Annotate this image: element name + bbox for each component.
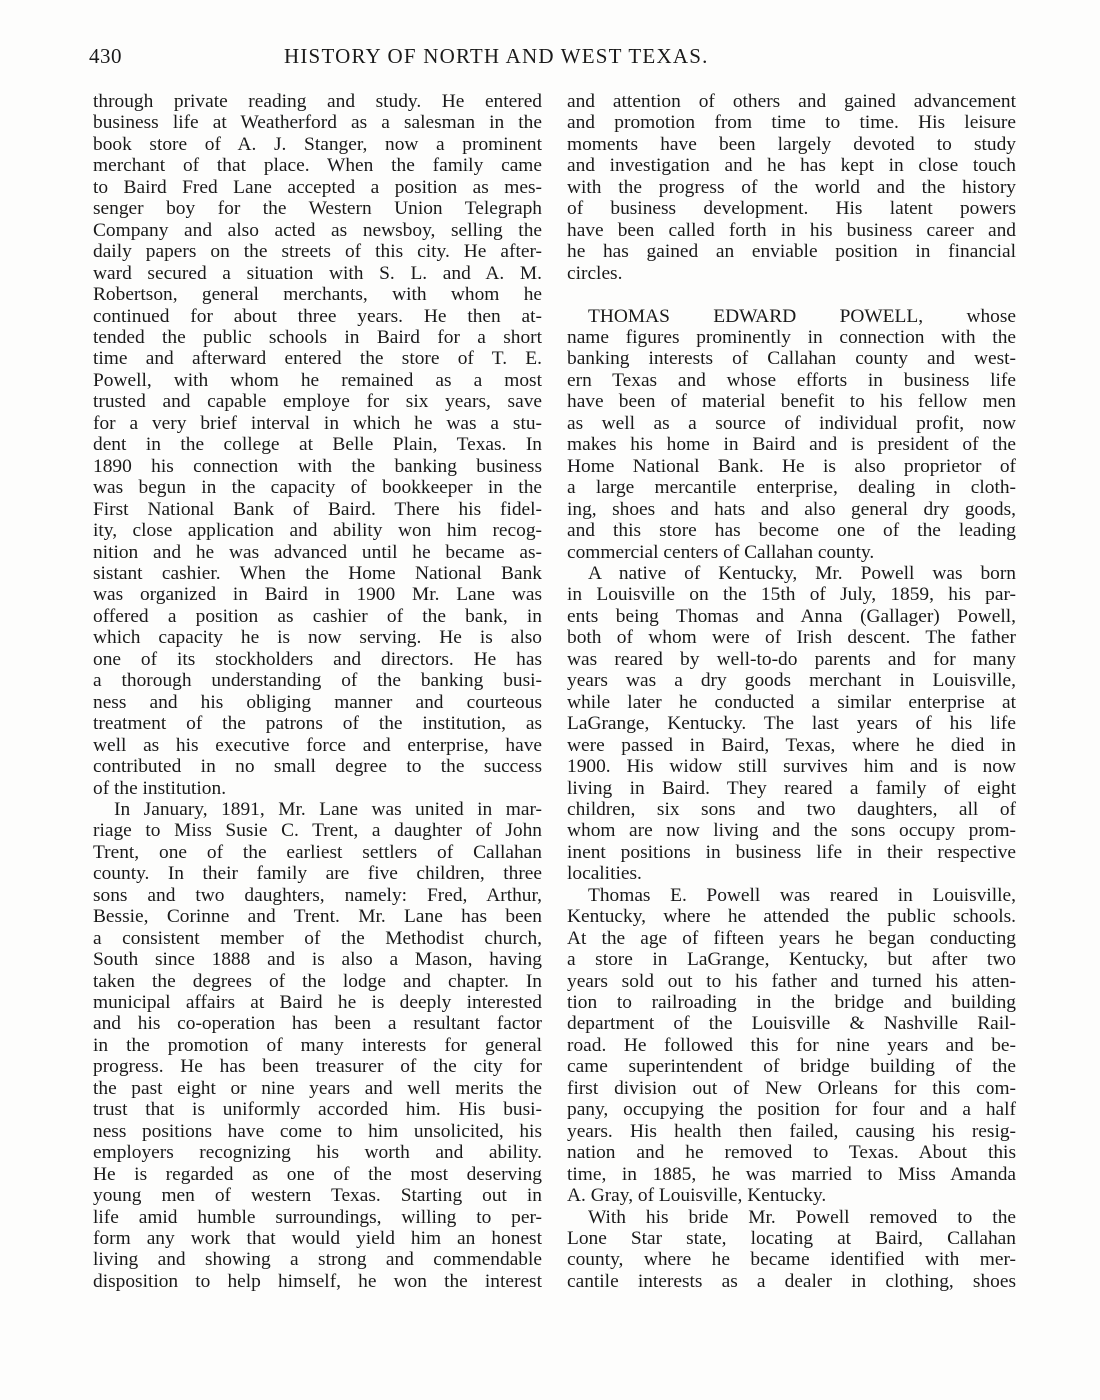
text-line: localities. bbox=[567, 863, 1016, 884]
text-line: senger boy for the Western Union Telegra… bbox=[93, 198, 542, 219]
text-line: continued for about three years. He then… bbox=[93, 306, 542, 327]
text-line: living and showing a strong and commenda… bbox=[93, 1249, 542, 1270]
text-line: He is regarded as one of the most deserv… bbox=[93, 1164, 542, 1185]
text-line: South since 1888 and is also a Mason, ha… bbox=[93, 949, 542, 970]
text-line: in Louisville on the 15th of July, 1859,… bbox=[567, 584, 1016, 605]
text-line: treatment of the patrons of the institut… bbox=[93, 713, 542, 734]
text-line: and attention of others and gained advan… bbox=[567, 91, 1016, 112]
text-line: 1900. His widow still survives him and i… bbox=[567, 756, 1016, 777]
text-line: with the progress of the world and the h… bbox=[567, 177, 1016, 198]
text-line: cantile interests as a dealer in clothin… bbox=[567, 1271, 1016, 1292]
text-line: tended the public schools in Baird for a… bbox=[93, 327, 542, 348]
text-line: merchant of that place. When the family … bbox=[93, 155, 542, 176]
text-line: was organized in Baird in 1900 Mr. Lane … bbox=[93, 584, 542, 605]
text-line: ward secured a situation with S. L. and … bbox=[93, 263, 542, 284]
text-line: he has gained an enviable position in fi… bbox=[567, 241, 1016, 262]
text-line: trust that is uniformly accorded him. Hi… bbox=[93, 1099, 542, 1120]
text-line: county. In their family are five childre… bbox=[93, 863, 542, 884]
text-line: years sold out to his father and turned … bbox=[567, 971, 1016, 992]
text-line: form any work that would yield him an ho… bbox=[93, 1228, 542, 1249]
text-line: circles. bbox=[567, 263, 1016, 284]
text-line: for a very brief interval in which he wa… bbox=[93, 413, 542, 434]
text-line: THOMAS EDWARD POWELL, whose bbox=[567, 306, 1016, 327]
text-line: taken the degrees of the lodge and chapt… bbox=[93, 971, 542, 992]
text-line: and his co-operation has been a resultan… bbox=[93, 1013, 542, 1034]
text-line: of business development. His latent powe… bbox=[567, 198, 1016, 219]
text-line: the past eight or nine years and well me… bbox=[93, 1078, 542, 1099]
text-line: which capacity he is now serving. He is … bbox=[93, 627, 542, 648]
text-line: time, in 1885, he was married to Miss Am… bbox=[567, 1164, 1016, 1185]
text-line: In January, 1891, Mr. Lane was united in… bbox=[93, 799, 542, 820]
text-line: ness positions have come to him unsolici… bbox=[93, 1121, 542, 1142]
text-line: offered a position as cashier of the ban… bbox=[93, 606, 542, 627]
text-line: trusted and capable employe for six year… bbox=[93, 391, 542, 412]
text-line: municipal affairs at Baird he is deeply … bbox=[93, 992, 542, 1013]
text-line: a consistent member of the Methodist chu… bbox=[93, 928, 542, 949]
running-title: HISTORY OF NORTH AND WEST TEXAS. bbox=[284, 44, 709, 69]
text-line: commercial centers of Callahan county. bbox=[567, 542, 1016, 563]
text-line: Lone Star state, locating at Baird, Call… bbox=[567, 1228, 1016, 1249]
text-line: life amid humble surroundings, willing t… bbox=[93, 1207, 542, 1228]
text-line: road. He followed this for nine years an… bbox=[567, 1035, 1016, 1056]
text-line: A. Gray, of Louisville, Kentucky. bbox=[567, 1185, 1016, 1206]
text-line: came superintendent of bridge building o… bbox=[567, 1056, 1016, 1077]
text-line: a large mercantile enterprise, dealing i… bbox=[567, 477, 1016, 498]
text-line: moments have been largely devoted to stu… bbox=[567, 134, 1016, 155]
text-line: county, where he became identified with … bbox=[567, 1249, 1016, 1270]
text-line: dent in the college at Belle Plain, Texa… bbox=[93, 434, 542, 455]
paragraph-gap bbox=[567, 284, 1016, 305]
text-line: have been called forth in his business c… bbox=[567, 220, 1016, 241]
text-line: well as his executive force and enterpri… bbox=[93, 735, 542, 756]
text-line: sistant cashier. When the Home National … bbox=[93, 563, 542, 584]
text-line: to Baird Fred Lane accepted a position a… bbox=[93, 177, 542, 198]
left-column: through private reading and study. He en… bbox=[93, 91, 542, 1292]
text-line: was reared by well-to-do parents and for… bbox=[567, 649, 1016, 670]
right-column: and attention of others and gained advan… bbox=[567, 91, 1016, 1292]
text-line: Thomas E. Powell was reared in Louisvill… bbox=[567, 885, 1016, 906]
text-line: inent positions in business life in thei… bbox=[567, 842, 1016, 863]
text-line: time and afterward entered the store of … bbox=[93, 348, 542, 369]
text-line: department of the Louisville & Nashville… bbox=[567, 1013, 1016, 1034]
text-line: name figures prominently in connection w… bbox=[567, 327, 1016, 348]
text-line: Powell, with whom he remained as a most bbox=[93, 370, 542, 391]
text-line: business life at Weatherford as a salesm… bbox=[93, 112, 542, 133]
text-line: have been of material benefit to his fel… bbox=[567, 391, 1016, 412]
text-line: Company and also acted as newsboy, selli… bbox=[93, 220, 542, 241]
text-line: were passed in Baird, Texas, where he di… bbox=[567, 735, 1016, 756]
text-line: banking interests of Callahan county and… bbox=[567, 348, 1016, 369]
text-line: and promotion from time to time. His lei… bbox=[567, 112, 1016, 133]
text-line: ness and his obliging manner and courteo… bbox=[93, 692, 542, 713]
text-line: First National Bank of Baird. There his … bbox=[93, 499, 542, 520]
text-line: book store of A. J. Stanger, now a promi… bbox=[93, 134, 542, 155]
text-line: young men of western Texas. Starting out… bbox=[93, 1185, 542, 1206]
text-line: tion to railroading in the bridge and bu… bbox=[567, 992, 1016, 1013]
text-line: employers recognizing his worth and abil… bbox=[93, 1142, 542, 1163]
page-number: 430 bbox=[89, 44, 122, 69]
text-line: LaGrange, Kentucky. The last years of hi… bbox=[567, 713, 1016, 734]
text-line: 1890 his connection with the banking bus… bbox=[93, 456, 542, 477]
text-line: through private reading and study. He en… bbox=[93, 91, 542, 112]
text-line: a store in LaGrange, Kentucky, but after… bbox=[567, 949, 1016, 970]
text-line: Bessie, Corinne and Trent. Mr. Lane has … bbox=[93, 906, 542, 927]
text-line: At the age of fifteen years he began con… bbox=[567, 928, 1016, 949]
text-line: in the promotion of many interests for g… bbox=[93, 1035, 542, 1056]
text-line: was begun in the capacity of bookkeeper … bbox=[93, 477, 542, 498]
text-line: sons and two daughters, namely: Fred, Ar… bbox=[93, 885, 542, 906]
text-line: as well as a source of individual profit… bbox=[567, 413, 1016, 434]
text-line: a thorough understanding of the banking … bbox=[93, 670, 542, 691]
text-line: nation and he removed to Texas. About th… bbox=[567, 1142, 1016, 1163]
text-line: daily papers on the streets of this city… bbox=[93, 241, 542, 262]
text-line: disposition to help himself, he won the … bbox=[93, 1271, 542, 1292]
text-line: ing, shoes and hats and also general dry… bbox=[567, 499, 1016, 520]
text-line: first division out of New Orleans for th… bbox=[567, 1078, 1016, 1099]
text-line: Trent, one of the earliest settlers of C… bbox=[93, 842, 542, 863]
text-line: progress. He has been treasurer of the c… bbox=[93, 1056, 542, 1077]
text-line: ity, close application and ability won h… bbox=[93, 520, 542, 541]
text-line: ents being Thomas and Anna (Gallager) Po… bbox=[567, 606, 1016, 627]
text-line: and investigation and he has kept in clo… bbox=[567, 155, 1016, 176]
text-line: Kentucky, where he attended the public s… bbox=[567, 906, 1016, 927]
text-line: years. His health then failed, causing h… bbox=[567, 1121, 1016, 1142]
text-line: pany, occupying the position for four an… bbox=[567, 1099, 1016, 1120]
text-line: one of its stockholders and directors. H… bbox=[93, 649, 542, 670]
text-line: With his bride Mr. Powell removed to the bbox=[567, 1207, 1016, 1228]
text-line: contributed in no small degree to the su… bbox=[93, 756, 542, 777]
text-line: nition and he was advanced until he beca… bbox=[93, 542, 542, 563]
text-line: years was a dry goods merchant in Louisv… bbox=[567, 670, 1016, 691]
text-line: both of whom were of Irish descent. The … bbox=[567, 627, 1016, 648]
text-line: A native of Kentucky, Mr. Powell was bor… bbox=[567, 563, 1016, 584]
text-line: while later he conducted a similar enter… bbox=[567, 692, 1016, 713]
text-line: riage to Miss Susie C. Trent, a daughter… bbox=[93, 820, 542, 841]
text-line: ern Texas and whose efforts in business … bbox=[567, 370, 1016, 391]
text-line: of the institution. bbox=[93, 778, 542, 799]
text-line: children, six sons and two daughters, al… bbox=[567, 799, 1016, 820]
text-line: whom are now living and the sons occupy … bbox=[567, 820, 1016, 841]
text-line: and this store has become one of the lea… bbox=[567, 520, 1016, 541]
text-line: makes his home in Baird and is president… bbox=[567, 434, 1016, 455]
text-line: living in Baird. They reared a family of… bbox=[567, 778, 1016, 799]
text-line: Home National Bank. He is also proprieto… bbox=[567, 456, 1016, 477]
text-line: Robertson, general merchants, with whom … bbox=[93, 284, 542, 305]
